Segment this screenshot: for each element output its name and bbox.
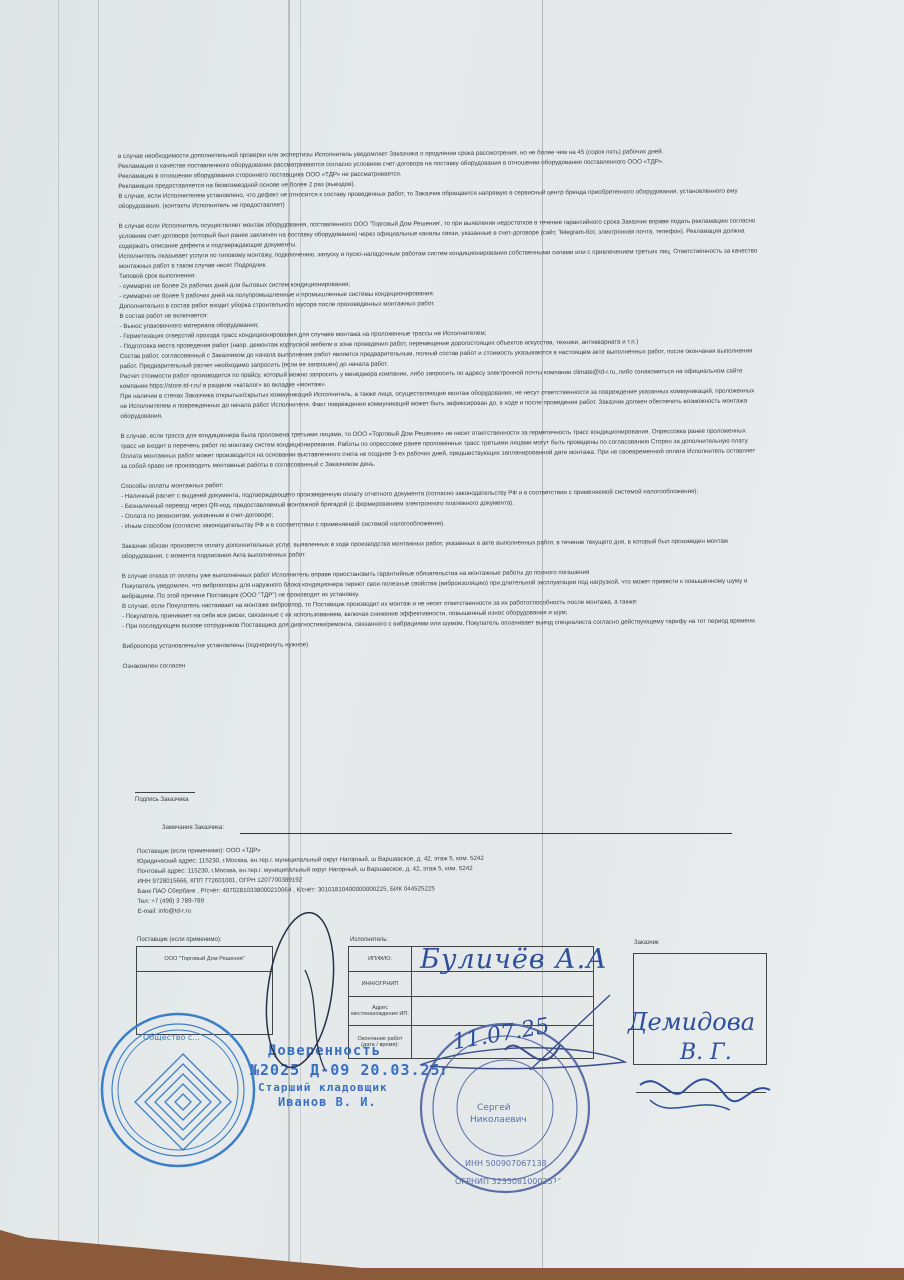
supplier-block-label: Поставщик (если применимо): <box>137 937 221 943</box>
svg-text:Сергей: Сергей <box>477 1103 511 1113</box>
routes-section: В случае, если трасса для кондиционера б… <box>120 426 760 472</box>
poa-person: Иванов В. И. <box>278 1095 377 1109</box>
customer-signature-scribble <box>630 1065 780 1135</box>
warranty-section: В случае если Исполнитель осуществляет м… <box>119 216 761 422</box>
supplier-details: Поставщик (если применимо): ООО «ТДР» Юр… <box>137 843 618 917</box>
customer-remarks-label: Замечания Заказчика: <box>162 825 224 831</box>
svg-text:ОГРНИП 323508100025109: ОГРНИП 323508100025109 <box>455 1177 568 1186</box>
supplier-stamp: Общество с... <box>98 1010 258 1170</box>
contractor-signature-scribble <box>410 990 640 1100</box>
supplier-signature-scribble <box>250 910 370 1080</box>
customer-signature-label: Подпись Заказчика <box>135 797 189 803</box>
svg-text:Николаевич: Николаевич <box>470 1115 527 1125</box>
payment-methods-section: Способы оплаты монтажных работ: - Наличн… <box>121 476 761 532</box>
svg-text:ИНН 500907067138: ИНН 500907067138 <box>465 1159 547 1168</box>
poa-position: Старший кладовщик <box>258 1081 388 1094</box>
customer-remarks-line <box>240 833 732 834</box>
vibration-section: В случае отказа от оплаты уже выполненны… <box>122 566 762 632</box>
claims-section: в случае необходимости дополнительной пр… <box>118 146 758 212</box>
contractor-handwritten-name: Буличёв А.А <box>420 944 608 975</box>
scan-streak <box>58 0 59 1268</box>
customer-handwritten-name: Демидова <box>628 1008 755 1036</box>
document-page: в случае необходимости дополнительной пр… <box>0 0 904 1268</box>
document-body: в случае необходимости дополнительной пр… <box>118 146 763 672</box>
customer-signature-line <box>135 792 195 793</box>
customer-handwritten-initials: В. Г. <box>680 1040 732 1065</box>
customer-block-label: Заказчик <box>634 940 659 946</box>
supplier-stamp-text: Общество с... <box>143 1033 200 1042</box>
